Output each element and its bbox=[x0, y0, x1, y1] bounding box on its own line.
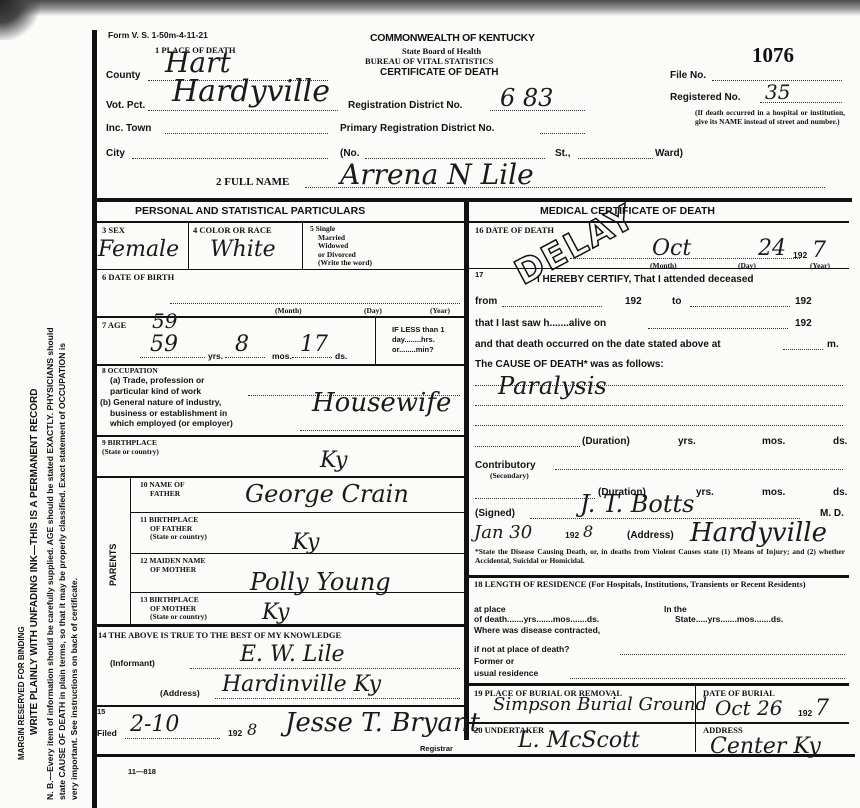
cause-value: Paralysis bbox=[498, 372, 607, 400]
from-label: from bbox=[475, 296, 497, 307]
occ-b-2: business or establishment in bbox=[100, 408, 233, 419]
signed-date: Jan 30 bbox=[474, 522, 532, 543]
less-line2: day........hrs. bbox=[392, 335, 445, 345]
father-bp-label-3: (State or country) bbox=[140, 533, 207, 542]
age-days-label: ds. bbox=[335, 351, 347, 361]
margin-reserved: MARGIN RESERVED FOR BINDING bbox=[17, 626, 26, 760]
less-divider bbox=[375, 318, 376, 364]
cert-number: 17 bbox=[475, 270, 483, 279]
from-year: 192 bbox=[625, 296, 642, 307]
filed-year-prefix: 192 bbox=[228, 728, 242, 738]
st-line bbox=[578, 158, 653, 159]
informant-value: E. W. Lile bbox=[240, 642, 345, 667]
row-rule bbox=[97, 435, 464, 437]
file-number: 1076 bbox=[752, 43, 794, 68]
birthplace-value: Ky bbox=[320, 448, 347, 473]
primary-reg-label: Primary Registration District No. bbox=[340, 123, 494, 134]
mother-name-label-2: OF MOTHER bbox=[140, 565, 205, 574]
usual-line bbox=[570, 678, 845, 679]
mother-name-label-1: 12 MAIDEN NAME bbox=[140, 556, 205, 565]
age-years-line bbox=[140, 357, 205, 358]
row-rule bbox=[97, 705, 464, 707]
row-rule bbox=[469, 268, 849, 269]
occ-a-2: particular kind of work bbox=[110, 386, 204, 397]
dod-year-prefix: 192 bbox=[793, 250, 807, 260]
where-label: Where was disease contracted, bbox=[474, 625, 600, 635]
undertaker-value: L. McScott bbox=[518, 728, 640, 753]
row-rule bbox=[469, 575, 849, 578]
filing-number: 15 bbox=[97, 707, 105, 716]
age-days: 17 bbox=[300, 332, 328, 357]
mother-bp-label-3: (State or country) bbox=[140, 613, 207, 622]
contributory-line bbox=[555, 469, 843, 470]
undertaker-address-value: Center Ky bbox=[710, 734, 821, 759]
occupation-b: (b) General nature of industry, business… bbox=[100, 397, 233, 429]
reg-district-value: 6 83 bbox=[500, 84, 553, 112]
duration-ds: ds. bbox=[833, 436, 847, 447]
cause-line3 bbox=[475, 425, 843, 426]
board-heading: State Board of Health bbox=[402, 46, 481, 56]
burial-year-value: 7 bbox=[815, 696, 829, 721]
personal-title: PERSONAL AND STATISTICAL PARTICULARS bbox=[135, 205, 365, 217]
occ-b-line bbox=[300, 430, 460, 431]
age-months: 8 bbox=[235, 332, 249, 357]
occupation-a: (a) Trade, profession or particular kind… bbox=[110, 375, 204, 396]
dod-year: 7 bbox=[812, 238, 826, 263]
registered-no-label: Registered No. bbox=[670, 92, 741, 103]
informant-address-label: (Address) bbox=[160, 688, 200, 698]
mother-bp-label: 13 BIRTHPLACE OF MOTHER (State or countr… bbox=[140, 596, 207, 622]
last-saw-label: that I last saw h.......alive on bbox=[475, 318, 606, 329]
age-days-line bbox=[292, 357, 332, 358]
dob-month-label: (Month) bbox=[275, 306, 302, 315]
duration-label: (Duration) bbox=[582, 436, 630, 447]
signed-year-prefix: 192 bbox=[565, 530, 579, 540]
certificate-title: CERTIFICATE OF DEATH bbox=[380, 67, 499, 78]
former-label: Former or bbox=[474, 656, 514, 666]
dob-label: 6 DATE OF BIRTH bbox=[102, 272, 174, 282]
duration2-ds: ds. bbox=[833, 487, 847, 498]
form-number: Form V. S. 1-50m-4-11-21 bbox=[108, 30, 208, 40]
dob-line bbox=[170, 303, 460, 304]
father-bp-label: 11 BIRTHPLACE OF FATHER (State or countr… bbox=[140, 516, 207, 542]
duration2-yrs: yrs. bbox=[696, 487, 714, 498]
m-label: m. bbox=[827, 339, 839, 350]
row-rule bbox=[130, 553, 464, 554]
cause-line2 bbox=[475, 405, 843, 406]
filed-line bbox=[125, 738, 220, 739]
inc-town-label: Inc. Town bbox=[106, 123, 151, 134]
registrar-label: Registrar bbox=[420, 744, 453, 753]
duration-line bbox=[475, 446, 580, 447]
if-not-line bbox=[620, 654, 845, 655]
less-than-day: IF LESS than 1 day........hrs. or.......… bbox=[392, 325, 445, 355]
certify-text: I HEREBY CERTIFY, That I attended deceas… bbox=[537, 274, 754, 285]
race-divider bbox=[302, 223, 303, 269]
marital-hint: (Write the word) bbox=[310, 259, 372, 268]
occ-a-1: (a) Trade, profession or bbox=[110, 375, 204, 386]
mother-bp-value: Ky bbox=[262, 600, 289, 625]
race-value: White bbox=[210, 237, 276, 262]
state-label: State.....yrs.......mos.......ds. bbox=[675, 614, 783, 624]
margin-line2: N. B.—Every item of information should b… bbox=[45, 327, 55, 800]
in-the-label: In the bbox=[664, 604, 687, 614]
full-name-label: 2 FULL NAME bbox=[216, 176, 289, 188]
less-line1: IF LESS than 1 bbox=[392, 325, 445, 335]
duration2-line bbox=[475, 498, 595, 499]
row-rule bbox=[469, 683, 849, 686]
full-name-value: Arrena N Lile bbox=[340, 158, 534, 191]
sex-divider bbox=[188, 223, 189, 269]
registered-no: 35 bbox=[765, 80, 790, 104]
father-name-label: 10 NAME OF FATHER bbox=[140, 480, 185, 498]
file-no-label: File No. bbox=[670, 70, 706, 81]
last-saw-line bbox=[648, 328, 788, 329]
less-line3: or........min? bbox=[392, 345, 445, 355]
informant-statement: 14 THE ABOVE IS TRUE TO THE BEST OF MY K… bbox=[98, 630, 341, 640]
mother-name-label: 12 MAIDEN NAME OF MOTHER bbox=[140, 556, 205, 574]
birthplace-label-1: 9 BIRTHPLACE bbox=[102, 438, 159, 447]
city-line bbox=[132, 158, 328, 159]
dob-year-label: (Year) bbox=[430, 306, 450, 315]
physician-address-label: (Address) bbox=[627, 530, 674, 541]
vot-pct-label: Vot. Pct. bbox=[106, 100, 145, 111]
form-left-border bbox=[92, 30, 97, 808]
occupation-value: Housewife bbox=[312, 388, 451, 418]
vot-pct-line bbox=[148, 110, 338, 111]
usual-label: usual residence bbox=[474, 668, 538, 678]
row-rule bbox=[97, 269, 464, 270]
contributory-label: Contributory bbox=[475, 460, 536, 471]
dod-label: 16 DATE OF DEATH bbox=[475, 225, 554, 235]
signed-year: 8 bbox=[583, 522, 593, 541]
marital-label: 5 Single Married Widowed or Divorced (Wr… bbox=[310, 225, 372, 268]
sex-label: 3 SEX bbox=[102, 225, 125, 235]
parents-label: PARENTS bbox=[108, 544, 118, 586]
informant-label: (Informant) bbox=[110, 658, 155, 668]
row-rule bbox=[469, 722, 849, 724]
age-years-label: yrs. bbox=[208, 351, 223, 361]
father-name-label-2: FATHER bbox=[140, 489, 185, 498]
filed-label: Filed bbox=[97, 728, 117, 738]
father-bp-value: Ky bbox=[292, 530, 319, 555]
dod-day: 24 bbox=[758, 236, 786, 261]
father-name-label-1: 10 NAME OF bbox=[140, 480, 185, 489]
section-rule bbox=[95, 198, 852, 202]
personal-title-rule bbox=[97, 221, 464, 223]
st-label: St., bbox=[555, 148, 571, 159]
primary-reg-line bbox=[540, 133, 585, 134]
dod-month: Oct bbox=[652, 236, 691, 261]
signed-label: (Signed) bbox=[475, 508, 515, 519]
occurred-line bbox=[783, 349, 823, 350]
row-rule bbox=[97, 476, 464, 478]
of-death-label: of death.......yrs.......mos.......ds. bbox=[474, 614, 599, 624]
informant-line bbox=[190, 668, 460, 669]
to-line bbox=[690, 306, 790, 307]
secondary-label: (Secondary) bbox=[490, 471, 529, 480]
residence-label: 18 LENGTH OF RESIDENCE (For Hospitals, I… bbox=[474, 579, 846, 589]
father-name-value: George Crain bbox=[245, 480, 409, 508]
occ-b-1: (b) General nature of industry, bbox=[100, 397, 233, 408]
informant-address-value: Hardinville Ky bbox=[222, 672, 381, 697]
sex-value: Female bbox=[98, 237, 179, 262]
margin-line1: WRITE PLAINLY WITH UNFADING INK—THIS IS … bbox=[29, 389, 40, 736]
reg-district-label: Registration District No. bbox=[348, 100, 462, 111]
filed-year-suffix: 8 bbox=[247, 720, 257, 739]
scan-corner-shadow bbox=[0, 0, 40, 40]
row-rule bbox=[130, 512, 464, 513]
medical-title-rule bbox=[469, 221, 849, 223]
hospital-note: (If death occurred in a hospital or inst… bbox=[695, 108, 845, 126]
physician-address: Hardyville bbox=[690, 518, 827, 548]
age-months-line bbox=[225, 357, 265, 358]
burial-place-value: Simpson Burial Ground bbox=[493, 694, 707, 715]
bureau-heading: BUREAU OF VITAL STATISTICS bbox=[365, 56, 493, 66]
registered-no-line bbox=[760, 102, 842, 103]
margin-line3: state CAUSE OF DEATH in plain terms, so … bbox=[57, 343, 67, 800]
cause-label: The CAUSE OF DEATH* was as follows: bbox=[475, 359, 664, 370]
race-label: 4 COLOR OR RACE bbox=[193, 225, 272, 235]
age-top: 59 bbox=[152, 309, 177, 333]
age-label: 7 AGE bbox=[102, 320, 126, 330]
filed-date: 2-10 bbox=[130, 712, 179, 737]
vot-pct-value: Hardyville bbox=[172, 74, 330, 109]
row-rule bbox=[97, 624, 464, 627]
burial-divider bbox=[695, 686, 696, 752]
scan-shadow bbox=[0, 0, 860, 16]
if-not-label: if not at place of death? bbox=[474, 644, 569, 654]
burial-date-value: Oct 26 bbox=[715, 696, 782, 720]
burial-year-prefix: 192 bbox=[798, 708, 812, 718]
ward-label: Ward) bbox=[655, 148, 683, 159]
cause-footnote: *State the Disease Causing Death, or, in… bbox=[475, 547, 845, 565]
registrar-signature: Jesse T. Bryant bbox=[285, 708, 480, 738]
column-divider bbox=[464, 200, 469, 740]
inc-town-line bbox=[165, 133, 328, 134]
row-rule bbox=[130, 592, 464, 593]
age-months-label: mos. bbox=[272, 351, 292, 361]
physician-signature: J. T. Botts bbox=[580, 490, 694, 518]
margin-line4: very important. See instructions on back… bbox=[69, 578, 79, 800]
to-year: 192 bbox=[795, 296, 812, 307]
form-code: 11—818 bbox=[128, 767, 156, 776]
age-years: 59 bbox=[150, 332, 178, 357]
at-place-label: at place bbox=[474, 604, 506, 614]
commonwealth-heading: COMMONWEALTH OF KENTUCKY bbox=[370, 32, 535, 44]
duration-yrs: yrs. bbox=[678, 436, 696, 447]
birthplace-label: 9 BIRTHPLACE (State or country) bbox=[102, 438, 159, 456]
dob-day-label: (Day) bbox=[364, 306, 382, 315]
birthplace-label-2: (State or country) bbox=[102, 447, 159, 456]
last-saw-year: 192 bbox=[795, 318, 812, 329]
occurred-label: and that death occurred on the date stat… bbox=[475, 339, 721, 350]
parents-divider bbox=[130, 478, 131, 624]
duration2-mos: mos. bbox=[762, 487, 785, 498]
to-label: to bbox=[672, 296, 681, 307]
occupation-label: 8 OCCUPATION bbox=[102, 366, 158, 375]
city-label: City bbox=[106, 148, 125, 159]
informant-address-line bbox=[215, 698, 460, 699]
duration-mos: mos. bbox=[762, 436, 785, 447]
county-label: County bbox=[106, 70, 140, 81]
occ-b-3: which employed (or employer) bbox=[100, 418, 233, 429]
from-line bbox=[502, 306, 602, 307]
